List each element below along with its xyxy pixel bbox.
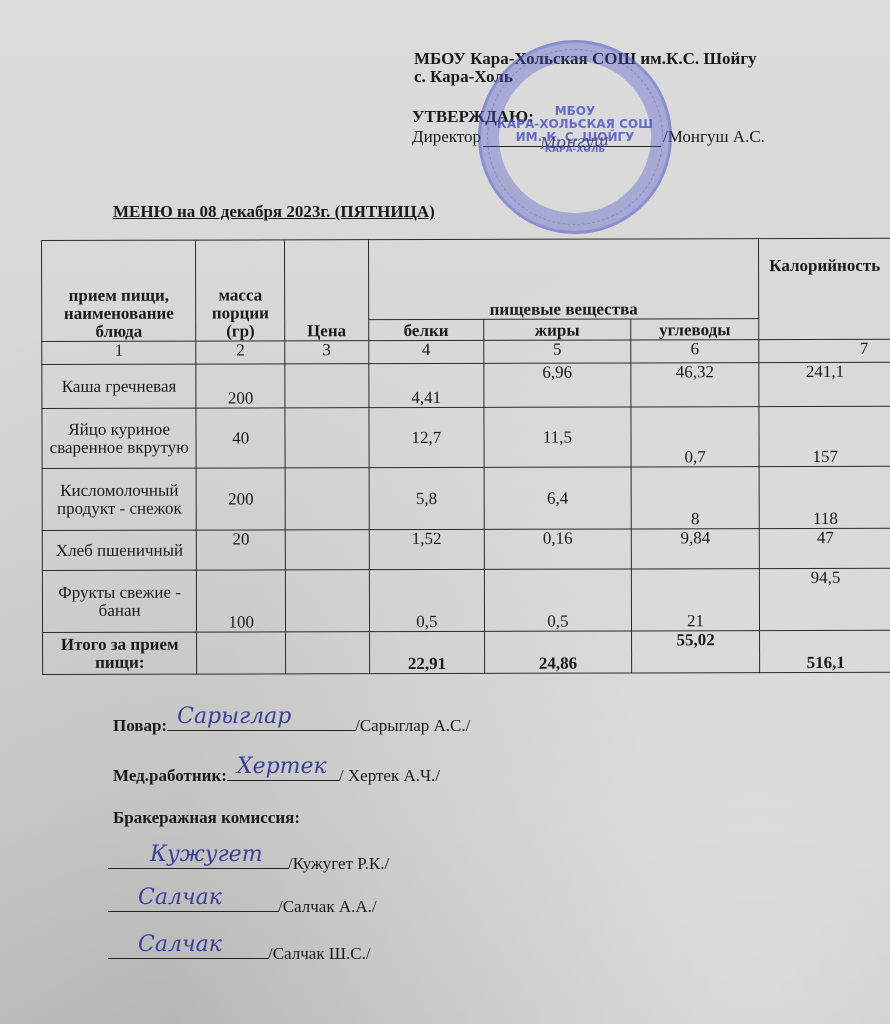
dish-name: Фрукты свежие - банан xyxy=(42,570,197,632)
price-value xyxy=(285,468,369,530)
total-price xyxy=(286,632,370,674)
index-cell: 5 xyxy=(484,340,631,363)
protein-value: 1,52 xyxy=(369,529,484,569)
price-value xyxy=(285,408,369,468)
carbs-value: 46,32 xyxy=(631,363,760,407)
medic-label: Мед.работник: xyxy=(113,766,227,785)
table-row: Фрукты свежие - банан 100 0,5 0,5 21 94,… xyxy=(42,568,890,632)
header-carbs: углеводы xyxy=(630,319,759,340)
carbs-value: 9,84 xyxy=(631,529,760,569)
header-nutrients: пищевые вещества xyxy=(368,239,759,320)
column-index-row: 1 2 3 4 5 6 7 xyxy=(42,339,890,364)
menu-title: МЕНЮ на 08 декабря 2023г. (ПЯТНИЦА) xyxy=(113,202,435,222)
calories-value: 241,1 xyxy=(759,362,890,406)
medic-signature-field: Хертек xyxy=(227,762,339,781)
table-row: Яйцо куриное сваренное вкрутую 40 12,7 1… xyxy=(42,406,890,468)
total-fat: 24,86 xyxy=(485,631,632,673)
protein-value: 5,8 xyxy=(369,467,485,529)
table-row: Хлеб пшеничный 20 1,52 0,16 9,84 47 xyxy=(42,528,890,570)
header-protein: белки xyxy=(368,319,483,340)
director-signature: Монгуш xyxy=(540,130,610,153)
header-fat: жиры xyxy=(484,319,631,340)
dish-name: Кисломолочный продукт - снежок xyxy=(42,468,197,530)
table-row: Кисломолочный продукт - снежок 200 5,8 6… xyxy=(42,466,890,530)
commission-signature-field: Салчак xyxy=(108,940,268,959)
commission-member-name: /Кужугет Р.К./ xyxy=(288,854,389,873)
index-cell: 3 xyxy=(285,341,369,364)
carbs-value: 0,7 xyxy=(631,407,760,467)
fat-value: 11,5 xyxy=(484,407,631,467)
commission-signature: Кужугет xyxy=(150,842,263,867)
fat-value: 6,4 xyxy=(484,467,631,529)
total-mass xyxy=(197,632,286,674)
director-name: /Монгуш А.С. xyxy=(663,127,765,147)
dish-name: Яйцо куриное сваренное вкрутую xyxy=(42,408,197,468)
total-carbs: 55,02 xyxy=(631,631,760,673)
cook-label: Повар: xyxy=(113,716,167,735)
cook-name: /Сарыглар А.С./ xyxy=(355,716,470,735)
commission-signature-line: Салчак/Салчак Ш.С./ xyxy=(108,940,371,964)
cook-signature-field: Сарыглар xyxy=(167,712,355,731)
calories-value: 94,5 xyxy=(760,568,890,630)
director-label: Директор xyxy=(412,127,481,147)
price-value xyxy=(285,530,369,570)
mass-value: 200 xyxy=(196,364,285,408)
index-cell: 7 xyxy=(759,339,890,362)
fat-value: 6,96 xyxy=(484,363,631,407)
protein-value: 0,5 xyxy=(369,569,485,631)
commission-signature-line: Салчак/Салчак А.А./ xyxy=(108,893,377,917)
header-mass: масса порции (гр) xyxy=(196,240,285,341)
mass-value: 40 xyxy=(196,408,285,468)
commission-signature-field: Салчак xyxy=(108,893,278,912)
menu-table: прием пищи, наименование блюда масса пор… xyxy=(41,238,890,675)
calories-value: 157 xyxy=(759,406,890,466)
dish-name: Хлеб пшеничный xyxy=(42,530,196,570)
carbs-value: 21 xyxy=(631,569,760,631)
calories-value: 118 xyxy=(759,466,890,528)
header-price: Цена xyxy=(285,240,369,341)
mass-value: 100 xyxy=(197,570,286,632)
fat-value: 0,16 xyxy=(484,529,631,569)
fat-value: 0,5 xyxy=(484,569,631,631)
total-protein: 22,91 xyxy=(369,631,485,673)
cook-signature: Сарыглар xyxy=(177,704,291,729)
commission-member-name: /Салчак Ш.С./ xyxy=(268,944,371,963)
header-calories: Калорийность xyxy=(759,238,890,339)
index-cell: 2 xyxy=(196,341,285,364)
price-value xyxy=(285,570,369,632)
commission-signature: Салчак xyxy=(138,885,222,910)
commission-signature-line: Кужугет/Кужугет Р.К./ xyxy=(108,850,389,874)
protein-value: 4,41 xyxy=(368,363,484,407)
header-dish: прием пищи, наименование блюда xyxy=(42,240,197,341)
total-calories: 516,1 xyxy=(760,630,890,672)
index-cell: 6 xyxy=(631,340,760,363)
medic-signature-line: Мед.работник:Хертек/ Хертек А.Ч./ xyxy=(113,762,440,786)
calories-value: 47 xyxy=(760,528,890,568)
index-cell: 1 xyxy=(42,341,196,364)
mass-value: 200 xyxy=(196,468,285,530)
commission-member-name: /Салчак А.А./ xyxy=(278,897,377,916)
price-value xyxy=(285,364,369,408)
carbs-value: 8 xyxy=(631,467,760,529)
cook-signature-line: Повар:Сарыглар/Сарыглар А.С./ xyxy=(113,712,470,736)
commission-label: Бракеражная комиссия: xyxy=(113,808,300,828)
medic-name: / Хертек А.Ч./ xyxy=(339,766,440,785)
commission-signature: Салчак xyxy=(138,932,222,957)
total-row: Итого за прием пищи: 22,91 24,86 55,02 5… xyxy=(43,630,890,674)
protein-value: 12,7 xyxy=(369,407,485,467)
dish-name: Каша гречневая xyxy=(42,364,196,408)
medic-signature: Хертек xyxy=(237,754,327,779)
commission-signature-field: Кужугет xyxy=(108,850,288,869)
mass-value: 20 xyxy=(197,530,286,570)
index-cell: 4 xyxy=(368,340,483,363)
total-label: Итого за прием пищи: xyxy=(43,632,197,674)
table-row: Каша гречневая 200 4,41 6,96 46,32 241,1 xyxy=(42,362,890,408)
